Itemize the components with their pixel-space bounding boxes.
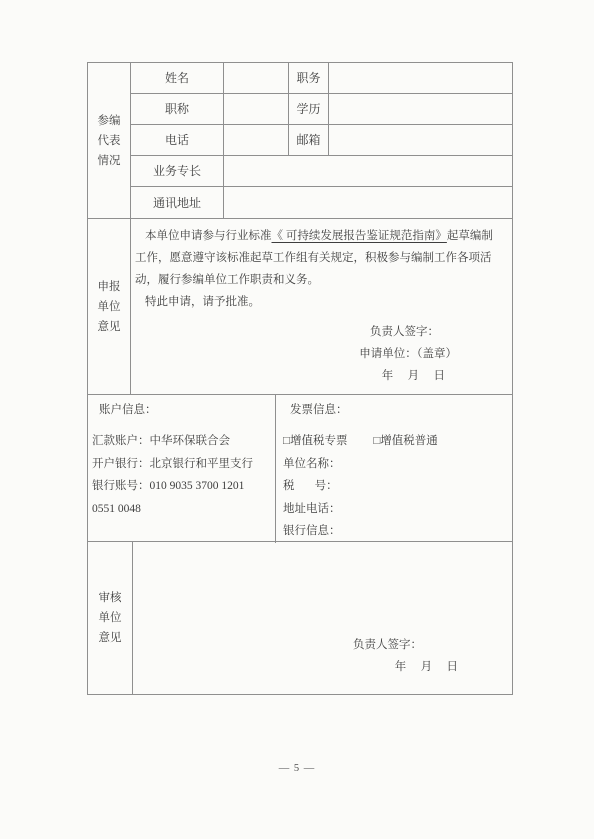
field-value-education xyxy=(329,94,512,125)
field-value-position xyxy=(329,63,512,94)
vat-general-checkbox-option: □增值税普通 xyxy=(373,435,437,447)
declaration-content: 本单位申请参与行业标准《 可持续发展报告鉴证规范指南》起草编制工作，愿意遵守该标… xyxy=(131,219,512,394)
account-invoice-section: 账户信息： 汇款账户：中华环保联合会 开户银行：北京银行和平里支行 银行账号：0… xyxy=(88,395,512,542)
scanned-form-page: 参编代表情况 姓名 职务 职称 学历 电话 邮箱 业务专长 通讯地址 申报单位意… xyxy=(0,0,594,839)
account-info-title: 账户信息： xyxy=(92,400,270,421)
account-info-column: 账户信息： 汇款账户：中华环保联合会 开户银行：北京银行和平里支行 银行账号：0… xyxy=(88,395,276,543)
field-label-email: 邮箱 xyxy=(289,125,329,156)
application-form-table: 参编代表情况 姓名 职务 职称 学历 电话 邮箱 业务专长 通讯地址 申报单位意… xyxy=(87,62,513,695)
standard-title-underlined: 《 可持续发展报告鉴证规范指南》 xyxy=(272,230,447,242)
review-section: 审核单位意见 负责人签字： 年 月 日 xyxy=(88,542,512,694)
field-label-education: 学历 xyxy=(289,94,329,125)
invoice-info-column: 发票信息： □增值税专票 □增值税普通 单位名称： 税 号： 地址电话： 银行信… xyxy=(276,395,512,543)
rep-info-section: 参编代表情况 姓名 职务 职称 学历 电话 邮箱 业务专长 通讯地址 xyxy=(88,63,512,219)
remittance-account-line: 汇款账户：中华环保联合会 xyxy=(92,430,270,453)
field-value-email xyxy=(329,125,512,156)
field-label-name: 姓名 xyxy=(131,63,224,94)
applicant-unit-seal-label: 申请单位：（盖章） xyxy=(135,343,503,365)
invoice-info-title: 发票信息： xyxy=(283,400,506,421)
page-number: — 5 — xyxy=(0,763,594,774)
review-content: 负责人签字： 年 月 日 xyxy=(133,542,512,694)
rep-info-section-label: 参编代表情况 xyxy=(88,63,131,218)
tax-number-line: 税 号： xyxy=(283,475,506,498)
field-value-name xyxy=(224,63,289,94)
vat-special-checkbox-option: □增值税专票 xyxy=(283,435,347,447)
unit-name-line: 单位名称： xyxy=(283,453,506,476)
field-value-title xyxy=(224,94,289,125)
invoice-type-options: □增值税专票 □增值税普通 xyxy=(283,430,506,453)
declaration-section-label: 申报单位意见 xyxy=(88,219,131,394)
field-value-address xyxy=(224,187,512,218)
field-label-phone: 电话 xyxy=(131,125,224,156)
declaration-signature-block: 负责人签字： 申请单位：（盖章） 年 月 日 xyxy=(135,321,503,387)
review-responsible-signature-label: 负责人签字： xyxy=(133,634,512,656)
declaration-section: 申报单位意见 本单位申请参与行业标准《 可持续发展报告鉴证规范指南》起草编制工作… xyxy=(88,219,512,395)
bank-info-line: 银行信息： xyxy=(283,520,506,543)
apply-line: 特此申请，请予批准。 xyxy=(135,291,503,313)
bank-account-number-line: 银行账号：010 9035 3700 1201 0551 0048 xyxy=(92,475,270,520)
field-label-expertise: 业务专长 xyxy=(131,156,224,187)
declaration-paragraph: 本单位申请参与行业标准《 可持续发展报告鉴证规范指南》起草编制工作，愿意遵守该标… xyxy=(135,225,503,291)
review-date-line: 年 月 日 xyxy=(133,656,512,678)
address-phone-line: 地址电话： xyxy=(283,498,506,521)
responsible-signature-label: 负责人签字： xyxy=(135,321,503,343)
field-value-expertise xyxy=(224,156,512,187)
date-line: 年 月 日 xyxy=(135,365,503,387)
field-label-position: 职务 xyxy=(289,63,329,94)
review-section-label: 审核单位意见 xyxy=(88,542,133,694)
opening-bank-line: 开户银行：北京银行和平里支行 xyxy=(92,453,270,476)
field-label-address: 通讯地址 xyxy=(131,187,224,218)
field-label-title: 职称 xyxy=(131,94,224,125)
field-value-phone xyxy=(224,125,289,156)
